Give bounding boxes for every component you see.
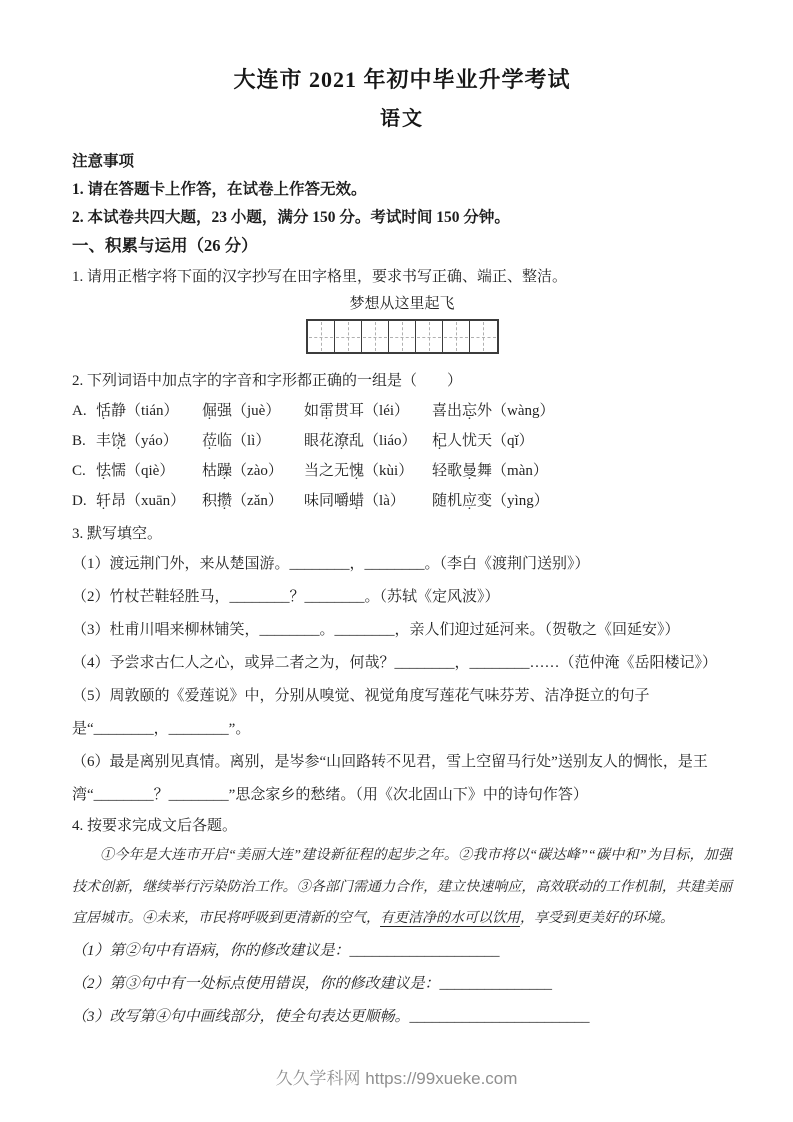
exam-content: 大连市 2021 年初中毕业升学考试 语文 注意事项 1. 请在答题卡上作答，在…	[72, 0, 732, 1034]
tian-grid-cell	[308, 321, 335, 352]
q2-options: A.恬静（tián）倔强（juè）如雷贯耳（léi）喜出忘外（wàng）B.丰饶…	[72, 396, 732, 516]
word-item: 怯懦（qiè）	[96, 456, 202, 486]
word-item: 恬静（tián）	[96, 396, 202, 426]
word-item: 味同嚼蜡（là）	[304, 486, 432, 516]
option-label: D.	[72, 486, 96, 516]
q1-copy-phrase: 梦想从这里起飞	[72, 292, 732, 316]
word-item: 莅临（lì）	[202, 426, 304, 456]
q3-stem: 3. 默写填空。	[72, 521, 732, 548]
tian-grid-cell	[389, 321, 416, 352]
option-label: C.	[72, 456, 96, 486]
q1-stem: 1. 请用正楷字将下面的汉字抄写在田字格里，要求书写正确、端正、整洁。	[72, 264, 732, 291]
notice-item-2: 2. 本试卷共四大题，23 小题，满分 150 分。考试时间 150 分钟。	[72, 204, 732, 232]
q3-item: （5）周敦颐的《爱莲说》中，分别从嗅觉、视觉角度写莲花气味芬芳、洁净挺立的句子是…	[72, 680, 732, 746]
q4-passage-part2: ，享受到更美好的环境。	[520, 911, 674, 926]
word-item: 倔强（juè）	[202, 396, 304, 426]
q4-passage: ①今年是大连市开启“美丽大连”建设新征程的起步之年。②我市将以“碳达峰”“碳中和…	[72, 840, 732, 935]
q3-items: （1）渡远荆门外，来从楚国游。________，________。（李白《渡荆门…	[72, 548, 732, 812]
q2-option-B: B.丰饶（yáo）莅临（lì）眼花潦乱（liáo）杞人忧天（qǐ）	[72, 426, 732, 456]
watermark-footer: 久久学科网 https://99xueke.com	[0, 1064, 793, 1089]
word-item: 喜出忘外（wàng）	[432, 396, 732, 426]
exam-title: 大连市 2021 年初中毕业升学考试	[72, 64, 732, 96]
word-item: 枯躁（zào）	[202, 456, 304, 486]
tian-grid-cell	[362, 321, 389, 352]
dotted-char: 倔	[202, 403, 217, 419]
tian-grid-cell	[443, 321, 470, 352]
writing-grid	[306, 319, 499, 354]
q2-option-C: C.怯懦（qiè）枯躁（zào）当之无愧（kùi）轻歌曼舞（màn）	[72, 456, 732, 486]
word-item: 丰饶（yáo）	[96, 426, 202, 456]
exam-subject: 语文	[72, 104, 732, 134]
dotted-char: 饶	[111, 433, 126, 449]
q4-subquestion: （3）改写第④句中画线部分，使全句表达更顺畅。_________________…	[72, 1001, 732, 1034]
dotted-char: 莅	[202, 433, 217, 449]
word-item: 如雷贯耳（léi）	[304, 396, 432, 426]
dotted-char: 愧	[349, 463, 364, 479]
dotted-char: 攒	[217, 493, 232, 509]
word-item: 轻歌曼舞（màn）	[432, 456, 732, 486]
dotted-char: 杞	[432, 433, 447, 449]
tian-grid-cell	[335, 321, 362, 352]
dotted-char: 怯	[96, 463, 111, 479]
q2-option-A: A.恬静（tián）倔强（juè）如雷贯耳（léi）喜出忘外（wàng）	[72, 396, 732, 426]
word-item: 杞人忧天（qǐ）	[432, 426, 732, 456]
word-item: 随机应变（yìng）	[432, 486, 732, 516]
dotted-char: 曼	[462, 463, 477, 479]
q3-item: （1）渡远荆门外，来从楚国游。________，________。（李白《渡荆门…	[72, 548, 732, 581]
tian-grid-cell	[470, 321, 497, 352]
word-item: 积攒（zǎn）	[202, 486, 304, 516]
word-item: 当之无愧（kùi）	[304, 456, 432, 486]
dotted-char: 轩	[96, 493, 111, 509]
dotted-char: 忘	[462, 403, 477, 419]
q4-subquestion: （1）第②句中有语病，你的修改建议是：____________________	[72, 935, 732, 968]
notice-item-1: 1. 请在答题卡上作答，在试卷上作答无效。	[72, 176, 732, 204]
dotted-char: 潦	[334, 433, 349, 449]
q2-stem: 2. 下列词语中加点字的字音和字形都正确的一组是（ ）	[72, 367, 732, 395]
q3-item: （2）竹杖芒鞋轻胜马，________？________。（苏轼《定风波》）	[72, 581, 732, 614]
q2-option-D: D.轩昂（xuān）积攒（zǎn）味同嚼蜡（là）随机应变（yìng）	[72, 486, 732, 516]
q4-stem: 4. 按要求完成文后各题。	[72, 812, 732, 840]
notice-heading: 注意事项	[72, 148, 732, 176]
q3-item: （3）杜甫川唱来柳林铺笑，________。________，亲人们迎过延河来。…	[72, 614, 732, 647]
q4-subquestion: （2）第③句中有一处标点使用错误，你的修改建议是：_______________	[72, 968, 732, 1001]
tian-grid-cell	[416, 321, 443, 352]
dotted-char: 雷	[319, 403, 334, 419]
dotted-char: 蜡	[349, 493, 364, 509]
dotted-char: 躁	[217, 463, 232, 479]
exam-page: 大连市 2021 年初中毕业升学考试 语文 注意事项 1. 请在答题卡上作答，在…	[0, 0, 793, 1122]
word-item: 轩昂（xuān）	[96, 486, 202, 516]
dotted-char: 恬	[96, 403, 111, 419]
word-item: 眼花潦乱（liáo）	[304, 426, 432, 456]
notice-block: 注意事项 1. 请在答题卡上作答，在试卷上作答无效。 2. 本试卷共四大题，23…	[72, 148, 732, 260]
option-label: A.	[72, 396, 96, 426]
option-label: B.	[72, 426, 96, 456]
q3-item: （6）最是离别见真情。离别，是岑参“山回路转不见君，雪上空留马行处”送别友人的惆…	[72, 746, 732, 812]
q4-subquestions: （1）第②句中有语病，你的修改建议是：____________________（…	[72, 935, 732, 1034]
section-one-heading: 一、积累与运用（26 分）	[72, 232, 732, 260]
q4-underlined-phrase: 有更洁净的水可以饮用	[380, 911, 520, 926]
q3-item: （4）予尝求古仁人之心，或异二者之为，何哉？________，________……	[72, 647, 732, 680]
dotted-char: 应	[462, 493, 477, 509]
